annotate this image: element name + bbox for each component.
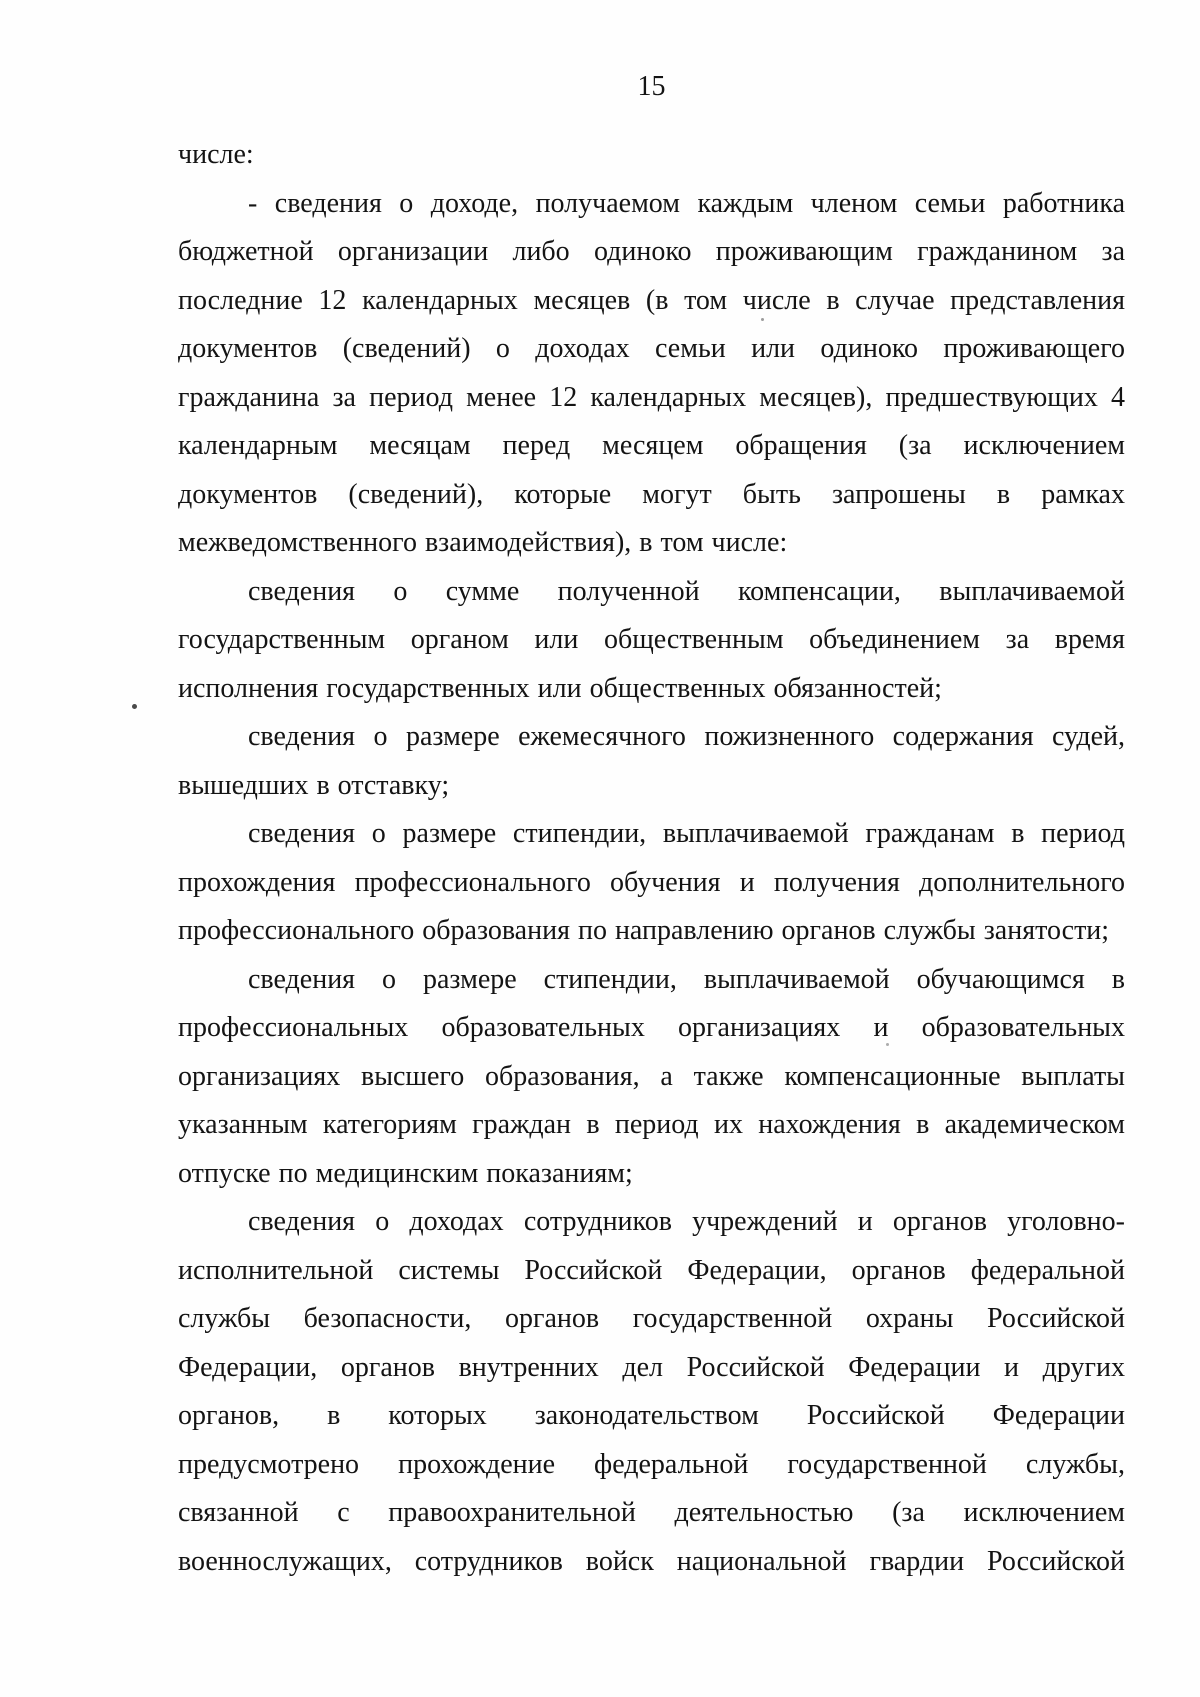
- paragraph: сведения о размере стипендии, выплачивае…: [178, 810, 1125, 956]
- text-line: документов (сведений), которые могут быт…: [178, 471, 1125, 520]
- text-line: службы безопасности, органов государстве…: [178, 1295, 1125, 1344]
- text-line: профессиональных образовательных организ…: [178, 1004, 1125, 1053]
- text-line: отпуске по медицинским показаниям;: [178, 1150, 1125, 1199]
- text-line: сведения о доходах сотрудников учреждени…: [178, 1198, 1125, 1247]
- text-line: сведения о сумме полученной компенсации,…: [178, 568, 1125, 617]
- text-line: числе:: [178, 131, 1125, 180]
- text-line: указанным категориям граждан в период их…: [178, 1101, 1125, 1150]
- text-line: исполнительной системы Российской Федера…: [178, 1247, 1125, 1296]
- scan-speck: [761, 318, 764, 321]
- text-line: прохождения профессионального обучения и…: [178, 859, 1125, 908]
- document-page: 15 числе: - сведения о доходе, получаемо…: [0, 0, 1200, 1697]
- text-line: - сведения о доходе, получаемом каждым ч…: [178, 180, 1125, 229]
- text-line: военнослужащих, сотрудников войск национ…: [178, 1538, 1125, 1587]
- text-line: сведения о размере стипендии, выплачивае…: [178, 956, 1125, 1005]
- scan-speck: [886, 1043, 889, 1046]
- scan-speck: [132, 704, 137, 709]
- text-line: Федерации, органов внутренних дел Россий…: [178, 1344, 1125, 1393]
- text-line: гражданина за период менее 12 календарны…: [178, 374, 1125, 423]
- paragraph: сведения о размере ежемесячного пожизнен…: [178, 713, 1125, 810]
- text-line: документов (сведений) о доходах семьи ил…: [178, 325, 1125, 374]
- text-line: органов, в которых законодательством Рос…: [178, 1392, 1125, 1441]
- paragraph: сведения о размере стипендии, выплачивае…: [178, 956, 1125, 1199]
- text-line: исполнения государственных или обществен…: [178, 665, 1125, 714]
- paragraph: сведения о доходах сотрудников учреждени…: [178, 1198, 1125, 1586]
- text-line: связанной с правоохранительной деятельно…: [178, 1489, 1125, 1538]
- paragraph: сведения о сумме полученной компенсации,…: [178, 568, 1125, 714]
- text-line: сведения о размере стипендии, выплачивае…: [178, 810, 1125, 859]
- text-line: последние 12 календарных месяцев (в том …: [178, 277, 1125, 326]
- text-block: числе: - сведения о доходе, получаемом к…: [178, 131, 1125, 1586]
- text-line: календарным месяцам перед месяцем обраще…: [178, 422, 1125, 471]
- text-line: бюджетной организации либо одиноко прожи…: [178, 228, 1125, 277]
- text-line: профессионального образования по направл…: [178, 907, 1125, 956]
- page-number: 15: [178, 72, 1125, 102]
- text-line: межведомственного взаимодействия), в том…: [178, 519, 1125, 568]
- text-line: вышедших в отставку;: [178, 762, 1125, 811]
- text-line: сведения о размере ежемесячного пожизнен…: [178, 713, 1125, 762]
- paragraph: - сведения о доходе, получаемом каждым ч…: [178, 180, 1125, 568]
- paragraph: числе:: [178, 131, 1125, 180]
- text-line: государственным органом или общественным…: [178, 616, 1125, 665]
- text-line: организациях высшего образования, а такж…: [178, 1053, 1125, 1102]
- text-line: предусмотрено прохождение федеральной го…: [178, 1441, 1125, 1490]
